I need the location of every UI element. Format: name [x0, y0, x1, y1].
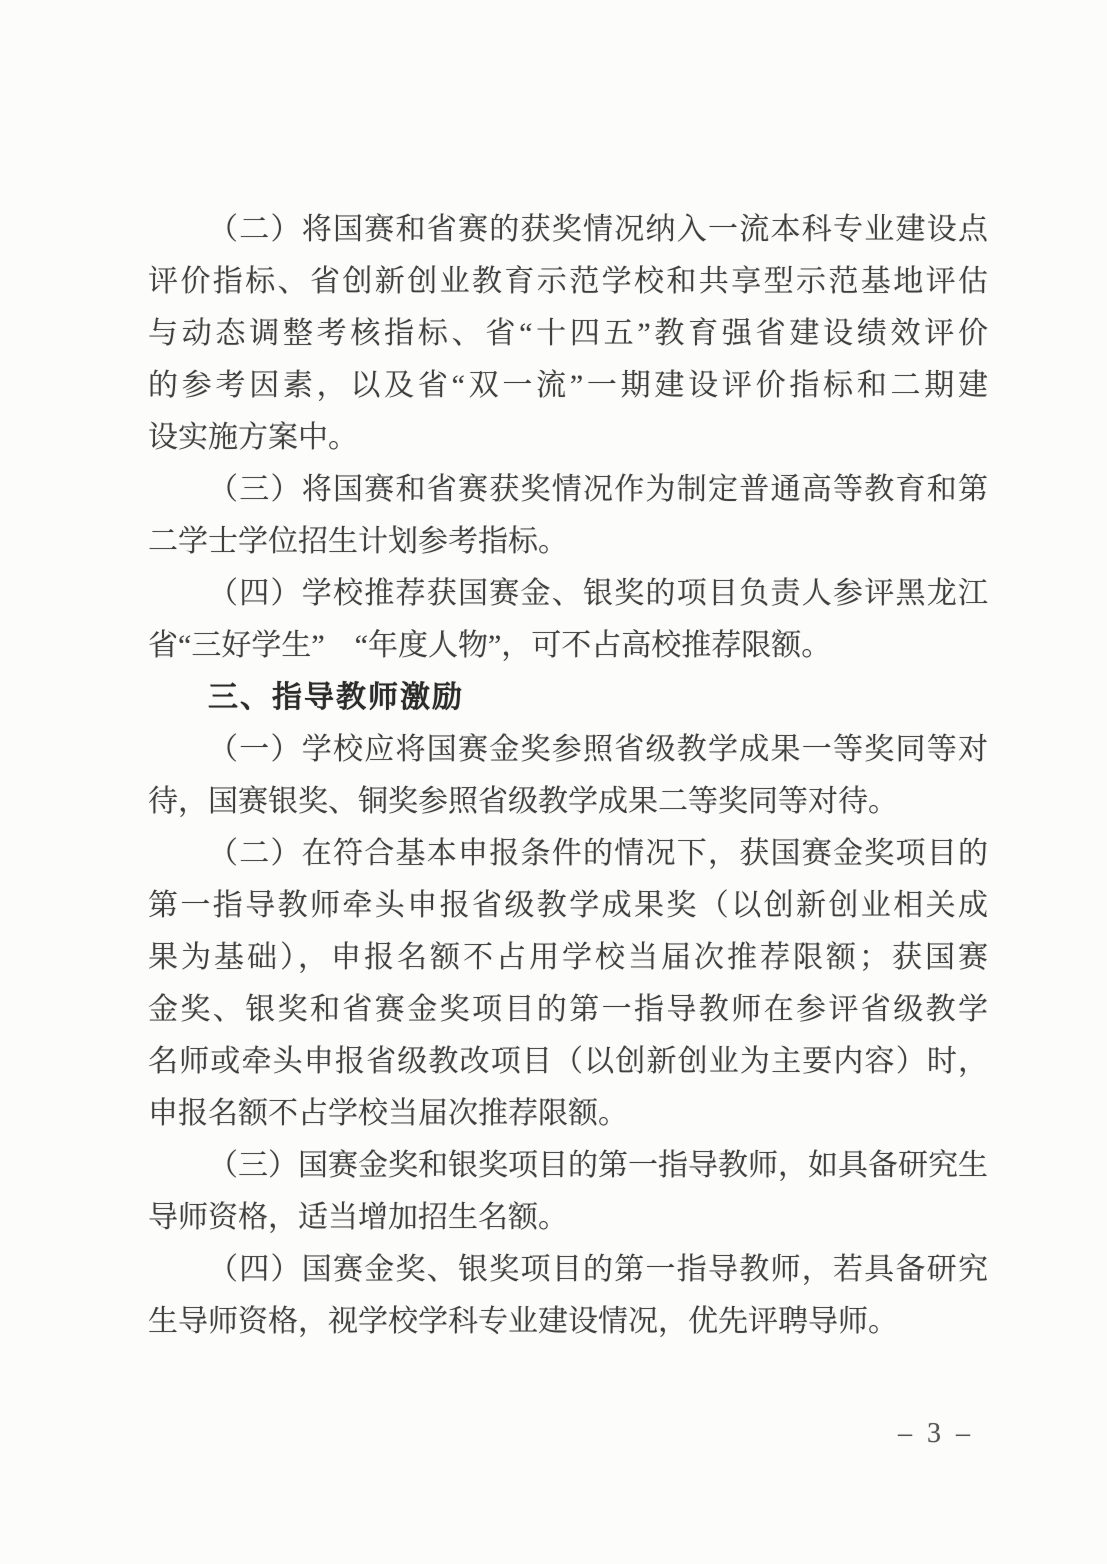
para-application-quota-exemption: （二）在符合基本申报条件的情况下，获国赛金奖项目的第一指导教师牵头申报省级教学成…	[148, 828, 988, 1140]
text-line: （四）学校推荐获国赛金、银奖的项目负责人参评黑龙江	[148, 568, 988, 620]
text-line: 评价指标、省创新创业教育示范学校和共享型示范基地评估	[148, 256, 988, 308]
text-line: 果为基础），申报名额不占用学校当届次推荐限额；获国赛	[148, 932, 988, 984]
para-award-evaluation-indicators: （二）将国赛和省赛的获奖情况纳入一流本科专业建设点评价指标、省创新创业教育示范学…	[148, 204, 988, 464]
text-line: （二）将国赛和省赛的获奖情况纳入一流本科专业建设点	[148, 204, 988, 256]
text-line: 设实施方案中。	[148, 412, 988, 464]
para-teaching-achievement-equivalence: （一）学校应将国赛金奖参照省级教学成果一等奖同等对待，国赛银奖、铜奖参照省级教学…	[148, 724, 988, 828]
para-enrollment-plan-indicator: （三）将国赛和省赛获奖情况作为制定普通高等教育和第二学士学位招生计划参考指标。	[148, 464, 988, 568]
heading-teacher-incentives: 三、指导教师激励	[148, 672, 988, 724]
page-number: – 3 –	[898, 1416, 974, 1452]
text-line: 生导师资格，视学校学科专业建设情况，优先评聘导师。	[148, 1296, 988, 1348]
text-line: 名师或牵头申报省级教改项目（以创新创业为主要内容）时，	[148, 1036, 988, 1088]
text-line: 待，国赛银奖、铜奖参照省级教学成果二等奖同等对待。	[148, 776, 988, 828]
text-line: 申报名额不占学校当届次推荐限额。	[148, 1088, 988, 1140]
para-student-honor-recommendation: （四）学校推荐获国赛金、银奖的项目负责人参评黑龙江省“三好学生” “年度人物”，…	[148, 568, 988, 672]
section-heading-line: 三、指导教师激励	[148, 672, 988, 724]
text-line: 二学士学位招生计划参考指标。	[148, 516, 988, 568]
text-line: （三）将国赛和省赛获奖情况作为制定普通高等教育和第	[148, 464, 988, 516]
text-line: （四）国赛金奖、银奖项目的第一指导教师，若具备研究	[148, 1244, 988, 1296]
text-line: 省“三好学生” “年度人物”，可不占高校推荐限额。	[148, 620, 988, 672]
text-line: 的参考因素，以及省“双一流”一期建设评价指标和二期建	[148, 360, 988, 412]
text-line: （一）学校应将国赛金奖参照省级教学成果一等奖同等对	[148, 724, 988, 776]
text-line: 与动态调整考核指标、省“十四五”教育强省建设绩效评价	[148, 308, 988, 360]
para-graduate-enrollment-increase: （三）国赛金奖和银奖项目的第一指导教师，如具备研究生导师资格，适当增加招生名额。	[148, 1140, 988, 1244]
text-line: （二）在符合基本申报条件的情况下，获国赛金奖项目的	[148, 828, 988, 880]
text-line: （三）国赛金奖和银奖项目的第一指导教师，如具备研究生	[148, 1140, 988, 1192]
text-line: 金奖、银奖和省赛金奖项目的第一指导教师在参评省级教学	[148, 984, 988, 1036]
document-body: （二）将国赛和省赛的获奖情况纳入一流本科专业建设点评价指标、省创新创业教育示范学…	[148, 204, 988, 1348]
text-line: 第一指导教师牵头申报省级教学成果奖（以创新创业相关成	[148, 880, 988, 932]
para-supervisor-priority-appointment: （四）国赛金奖、银奖项目的第一指导教师，若具备研究生导师资格，视学校学科专业建设…	[148, 1244, 988, 1348]
document-page: （二）将国赛和省赛的获奖情况纳入一流本科专业建设点评价指标、省创新创业教育示范学…	[0, 0, 1107, 1564]
text-line: 导师资格，适当增加招生名额。	[148, 1192, 988, 1244]
